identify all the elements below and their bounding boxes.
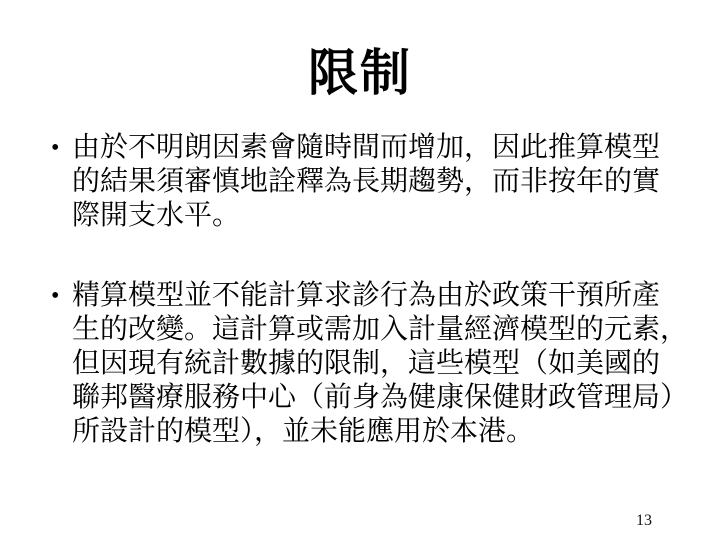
bullet-item-2: • 精算模型並不能計算求診行為由於政策干預所產生的改變。這計算或需加入計量經濟模… xyxy=(50,279,698,449)
presentation-slide: 限制 • 由於不明朗因素會隨時間而增加，因此推算模型的結果須審慎地詮釋為長期趨勢… xyxy=(0,0,720,540)
bullet-icon: • xyxy=(51,131,59,165)
slide-body: • 由於不明朗因素會隨時間而增加，因此推算模型的結果須審慎地詮釋為長期趨勢，而非… xyxy=(50,131,698,449)
slide-title: 限制 xyxy=(0,44,720,102)
bullet-text-1: 由於不明朗因素會隨時間而增加，因此推算模型的結果須審慎地詮釋為長期趨勢，而非按年… xyxy=(72,132,660,231)
page-number: 13 xyxy=(636,511,652,531)
bullet-icon: • xyxy=(51,279,59,313)
bullet-text-2: 精算模型並不能計算求診行為由於政策干預所產生的改變。這計算或需加入計量經濟模型的… xyxy=(72,280,688,447)
bullet-item-1: • 由於不明朗因素會隨時間而增加，因此推算模型的結果須審慎地詮釋為長期趨勢，而非… xyxy=(50,131,698,233)
